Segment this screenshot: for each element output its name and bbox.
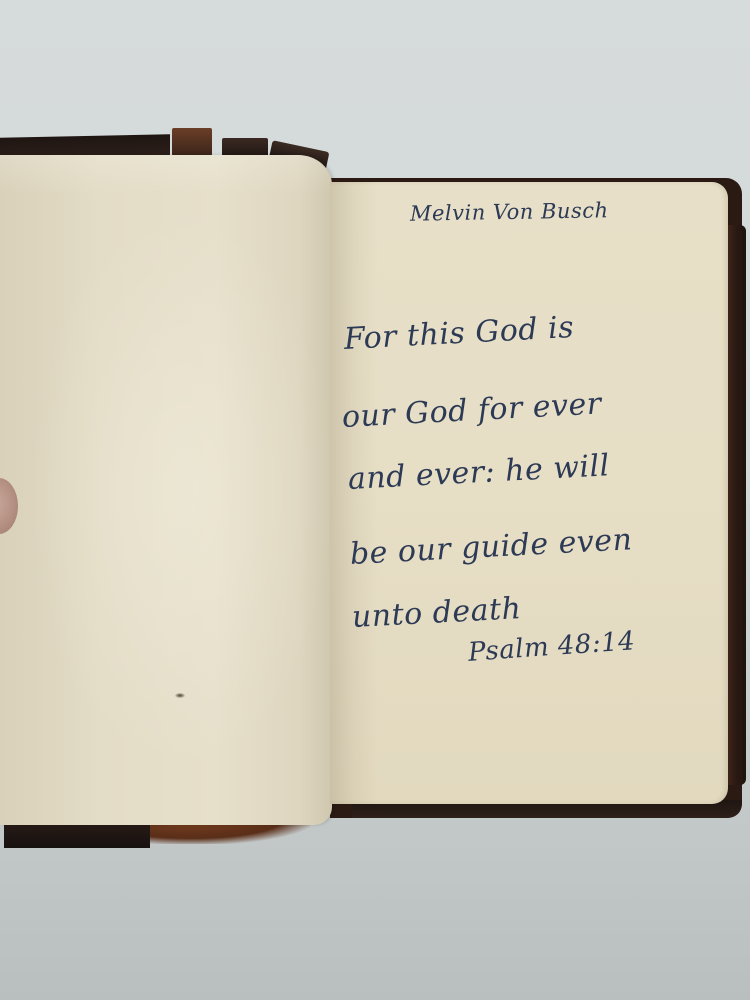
owner-signature: Melvin Von Busch (410, 198, 609, 225)
scripture-reference: Psalm 48:14 (467, 626, 636, 668)
cover-fragment (172, 128, 212, 156)
book-photo: Melvin Von Busch For this God is our God… (0, 0, 750, 1000)
verse-line: and ever: he will (347, 448, 610, 497)
verse-line: For this God is (343, 310, 575, 357)
verse-line: unto death (351, 591, 522, 635)
right-page-inscription: Melvin Von Busch For this God is our God… (330, 182, 728, 804)
left-page-blank (0, 155, 332, 825)
verse-line: be our guide even (349, 522, 633, 572)
page-blemish (175, 693, 185, 698)
verse-line: our God for ever (341, 386, 602, 435)
